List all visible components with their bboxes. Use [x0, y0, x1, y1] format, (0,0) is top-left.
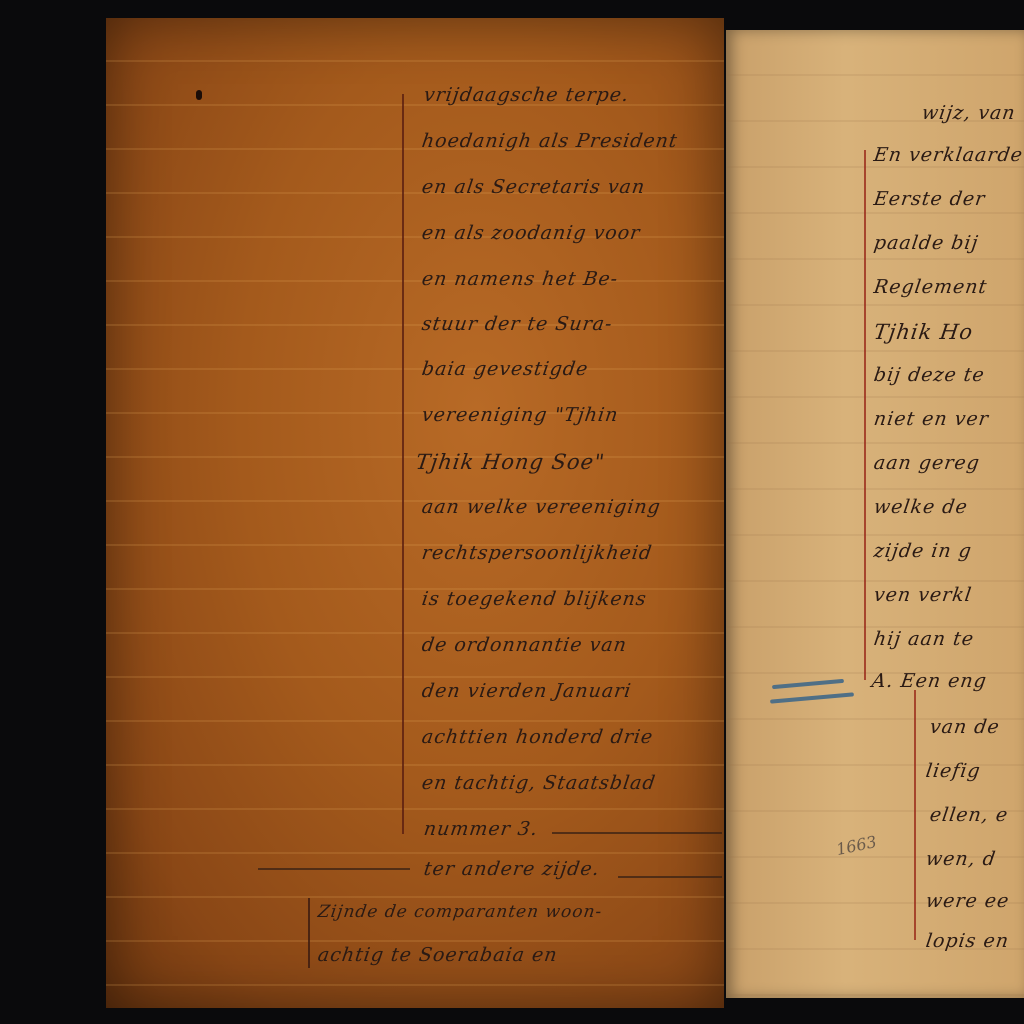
- left-line-8: vereeniging "Tjhin: [420, 404, 619, 426]
- left-line-7: baia gevestigde: [420, 358, 589, 380]
- line-fill-rule: [618, 876, 722, 878]
- right-margin-rule-lower: [914, 690, 916, 940]
- left-line-4: en als zoodanig voor: [420, 222, 641, 244]
- right-line-20: lopis en: [924, 930, 1010, 952]
- right-line-10: welke de: [872, 496, 969, 518]
- right-line-1: wijz, van: [920, 102, 1017, 124]
- right-line-8: niet en ver: [872, 408, 990, 430]
- left-line-20: achtig te Soerabaia en: [316, 944, 559, 966]
- right-line-16: liefig: [924, 760, 982, 782]
- left-line-17: nummer 3.: [422, 818, 539, 840]
- left-line-3: en als Secretaris van: [420, 176, 646, 198]
- left-line-5: en namens het Be-: [420, 268, 619, 290]
- right-line-13: hij aan te: [872, 628, 975, 650]
- left-line-15: achttien honderd drie: [420, 726, 654, 748]
- left-line-18: ter andere zijde.: [422, 858, 601, 880]
- left-line-11: rechtspersoonlijkheid: [420, 542, 653, 564]
- right-line-3: Eerste der: [872, 188, 986, 210]
- right-line-5: Reglement: [872, 276, 988, 298]
- left-line-9: Tjhik Hong Soe": [414, 450, 606, 474]
- right-line-17: ellen, e: [928, 804, 1009, 826]
- right-line-7: bij deze te: [872, 364, 986, 386]
- line-fill-rule: [258, 868, 410, 870]
- left-line-2: hoedanigh als President: [420, 130, 679, 152]
- left-line-14: den vierden Januari: [420, 680, 633, 702]
- left-line-13: de ordonnantie van: [420, 634, 628, 656]
- right-page: wijz, van En verklaarde Eerste der paald…: [726, 30, 1024, 998]
- left-line-10: aan welke vereeniging: [420, 496, 662, 518]
- right-margin-rule-upper: [864, 150, 866, 680]
- left-line-19: Zijnde de comparanten woon-: [317, 902, 604, 922]
- right-line-4: paalde bij: [872, 232, 980, 254]
- right-line-11: zijde in g: [872, 540, 973, 562]
- right-line-18: wen, d: [924, 848, 997, 870]
- left-margin-rule: [402, 94, 404, 834]
- left-page: vrijdaagsche terpe. hoedanigh als Presid…: [106, 18, 724, 1008]
- left-line-1: vrijdaagsche terpe.: [422, 84, 630, 106]
- right-line-12: ven verkl: [872, 584, 973, 606]
- line-fill-rule: [552, 832, 722, 834]
- right-line-9: aan gereg: [872, 452, 981, 474]
- right-line-6: Tjhik Ho: [872, 320, 974, 344]
- right-line-15: van de: [928, 716, 1001, 738]
- left-line-12: is toegekend blijkens: [420, 588, 648, 610]
- bottom-margin-rule: [308, 898, 310, 968]
- right-line-19: were ee: [924, 890, 1010, 912]
- left-line-6: stuur der te Sura-: [420, 313, 614, 335]
- left-line-16: en tachtig, Staatsblad: [420, 772, 657, 794]
- right-line-14: A. Een eng: [870, 670, 988, 692]
- right-line-2: En verklaarde: [872, 144, 1024, 166]
- blue-pencil-mark: [770, 692, 854, 703]
- blue-pencil-mark: [772, 679, 844, 689]
- ink-spot: [196, 90, 202, 100]
- pencil-annotation: 1663: [834, 832, 878, 859]
